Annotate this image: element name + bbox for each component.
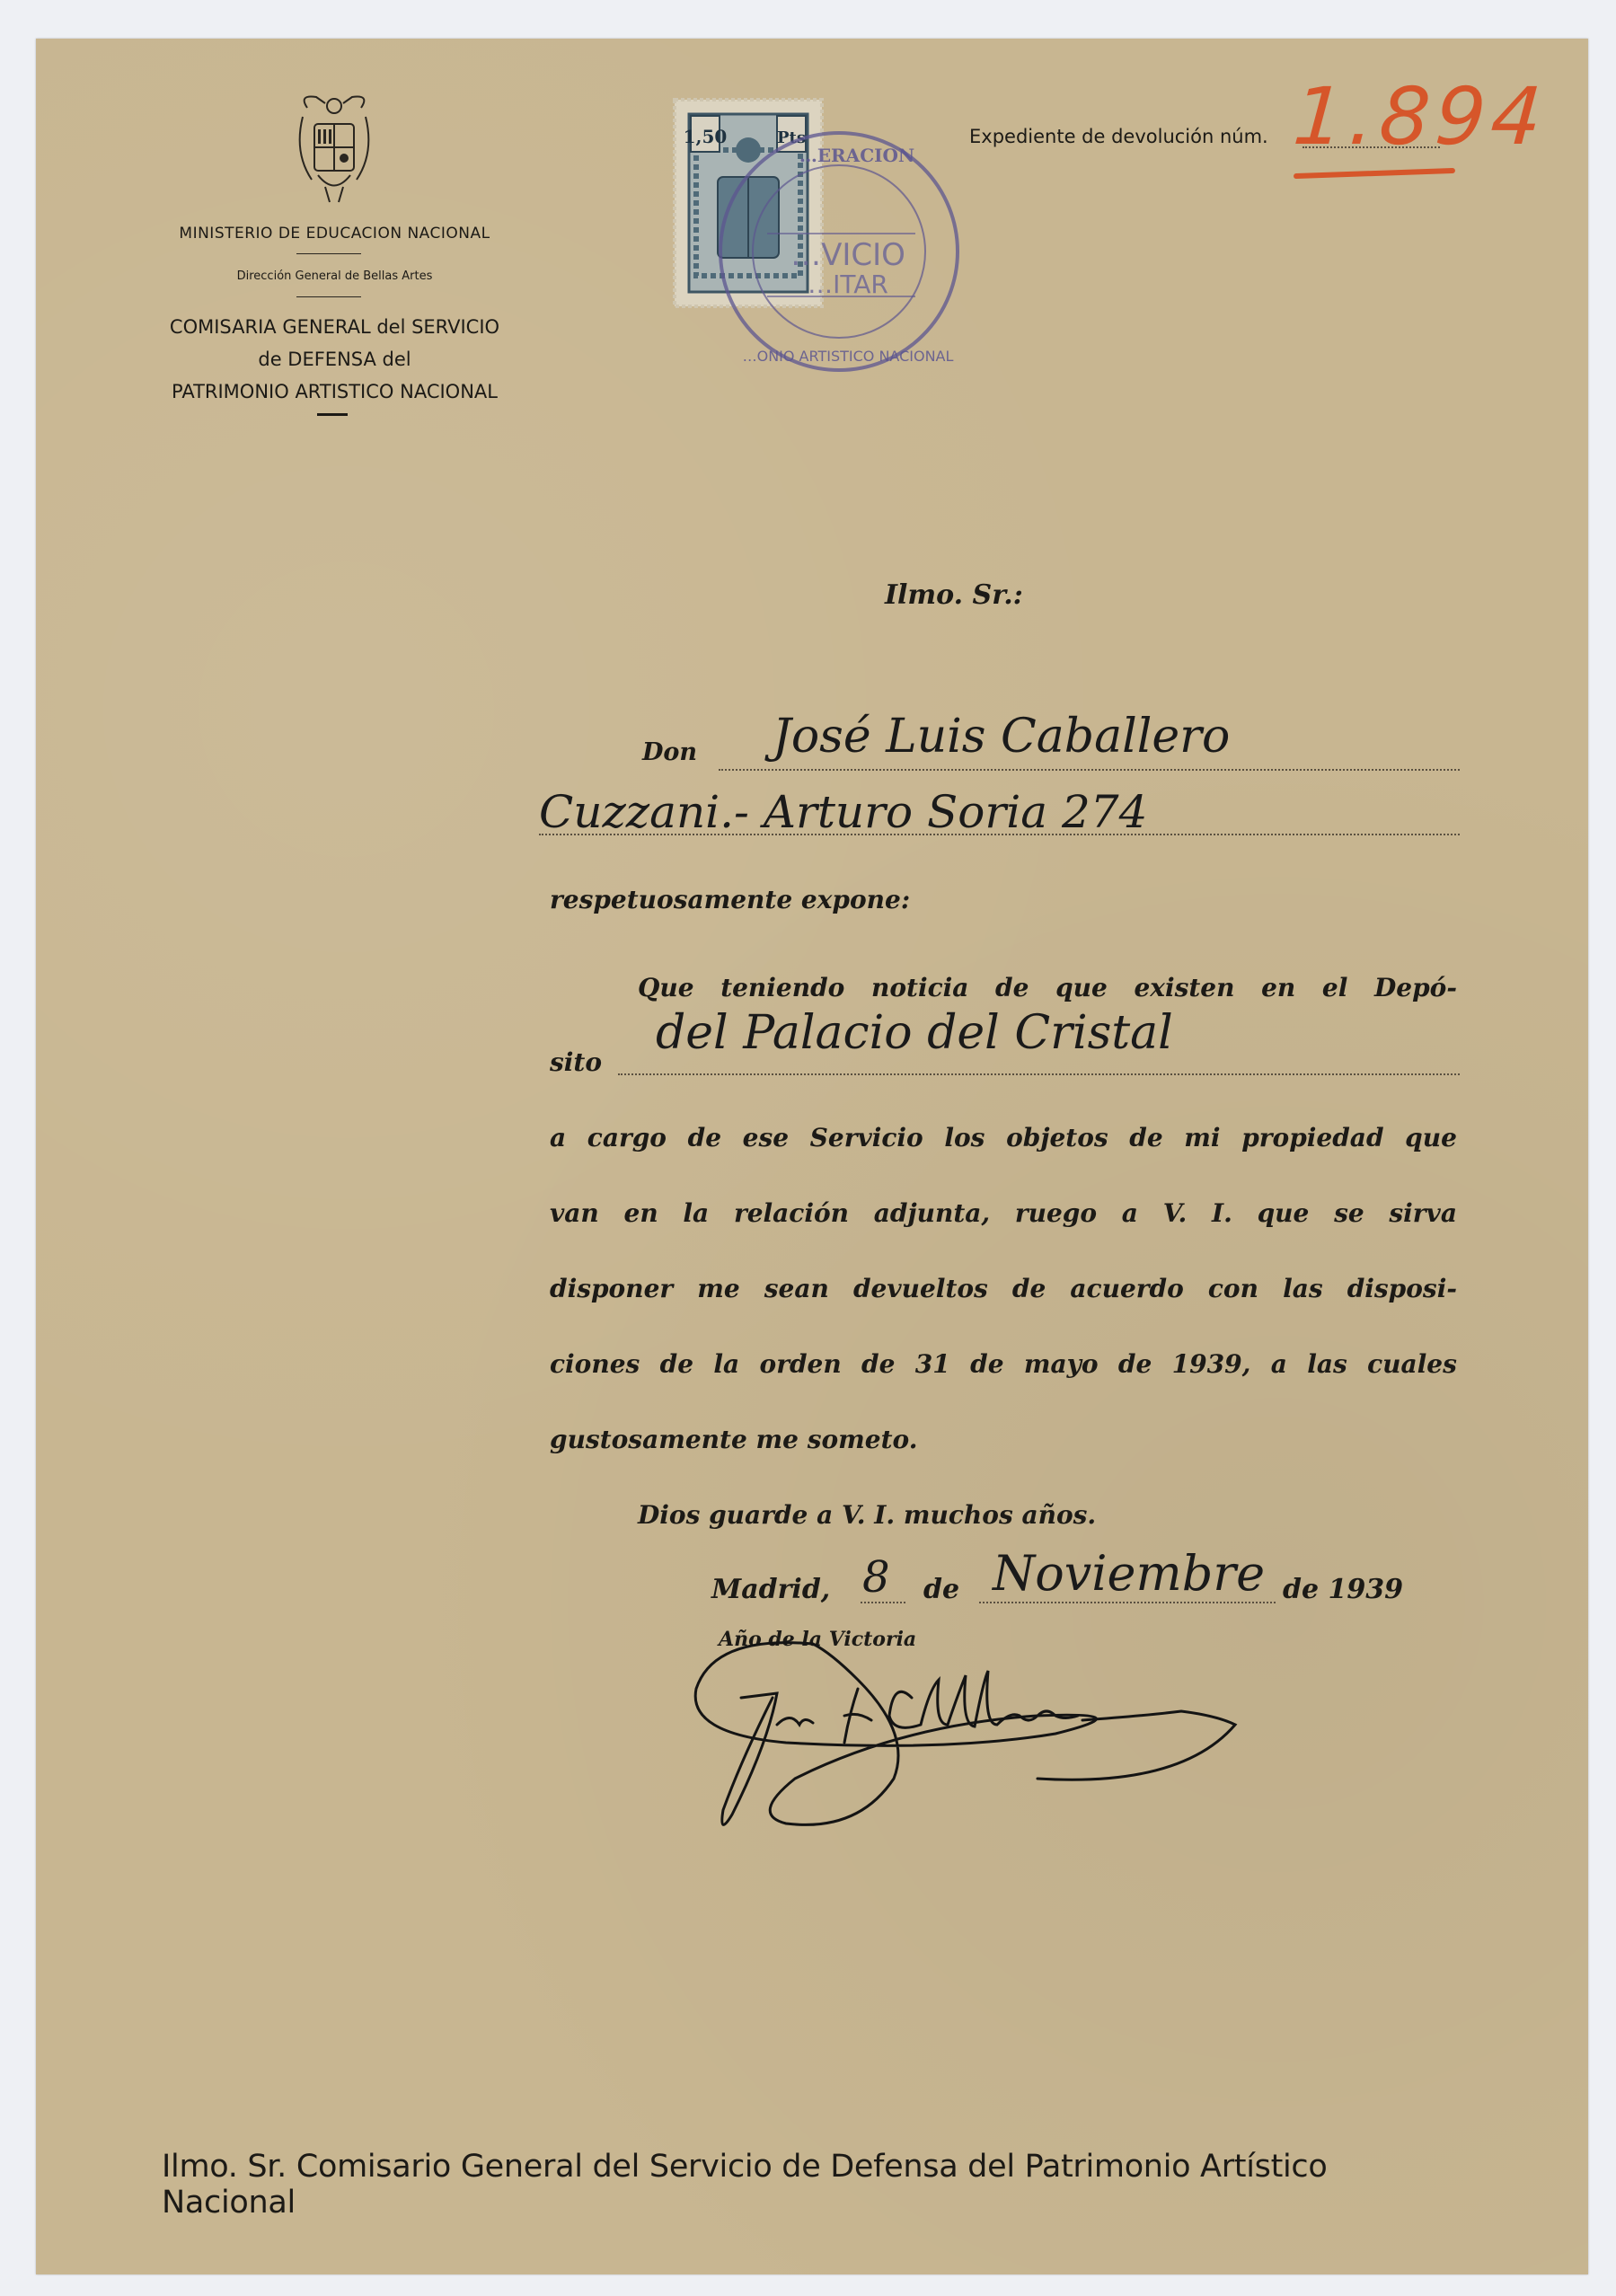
comisaria-title: COMISARIA GENERAL del SERVICIO de DEFENS…	[135, 311, 534, 408]
signature-icon	[678, 1626, 1307, 1841]
don-label: Don	[642, 738, 697, 766]
body-line-5: disponermeseandevueltosdeacuerdoconlasdi…	[550, 1274, 1457, 1303]
body-line-1: QueteniendonoticiadequeexistenenelDepó-	[638, 973, 1457, 1002]
body-line-3: acargodeeseServiciolosobjetosdemipropied…	[550, 1123, 1457, 1152]
body-line-6: cionesdelaordende31demayode1939,alascual…	[550, 1349, 1457, 1379]
comisaria-line-3: PATRIMONIO ARTISTICO NACIONAL	[135, 375, 534, 408]
body-line-4: vanenlarelaciónadjunta,ruegoaV.I.quesesi…	[550, 1198, 1457, 1228]
comisaria-line-1: COMISARIA GENERAL del SERVICIO	[135, 311, 534, 343]
seal-top: …ERACION	[799, 145, 914, 166]
salutation: Ilmo. Sr.:	[885, 579, 1023, 611]
month-field-line	[979, 1602, 1276, 1603]
deposit-field-line	[618, 1073, 1460, 1075]
divider	[296, 296, 361, 297]
addressee-footer: Ilmo. Sr. Comisario General del Servicio…	[162, 2149, 1455, 2221]
seal-middle-2: …ITAR	[808, 269, 888, 299]
seal-middle-1: …VICIO	[790, 237, 905, 273]
expediente-number: 1.894	[1290, 70, 1550, 163]
divider	[317, 413, 348, 416]
expediente-label: Expediente de devolución núm.	[969, 126, 1268, 147]
coat-of-arms-icon	[289, 90, 379, 207]
ministry-name: MINISTERIO DE EDUCACION NACIONAL	[135, 225, 534, 243]
deposit-location: del Palacio del Cristal	[656, 1006, 1173, 1060]
seal-bottom: …ONIO ARTISTICO NACIONAL	[743, 348, 954, 365]
name-field-line	[719, 769, 1460, 771]
closing-formula: Dios guarde a V. I. muchos años.	[638, 1500, 1096, 1530]
date-year: de 1939	[1283, 1574, 1403, 1605]
divider	[296, 253, 361, 254]
date-city: Madrid,	[711, 1574, 830, 1605]
direccion-general: Dirección General de Bellas Artes	[135, 269, 534, 283]
seal-stamp-icon: …VICIO …ITAR …ONIO ARTISTICO NACIONAL …E…	[713, 126, 965, 377]
expone-text: respetuosamente expone:	[550, 885, 910, 914]
sito-label: sito	[550, 1047, 602, 1077]
date-de: de	[923, 1574, 959, 1605]
body-line-7: gustosamente me someto.	[550, 1425, 917, 1454]
applicant-address: Cuzzani.- Arturo Soria 274	[539, 786, 1147, 838]
date-day: 8	[862, 1552, 890, 1603]
applicant-name: José Luis Caballero	[773, 710, 1230, 764]
date-month: Noviembre	[993, 1545, 1265, 1602]
comisaria-line-2: de DEFENSA del	[135, 343, 534, 375]
